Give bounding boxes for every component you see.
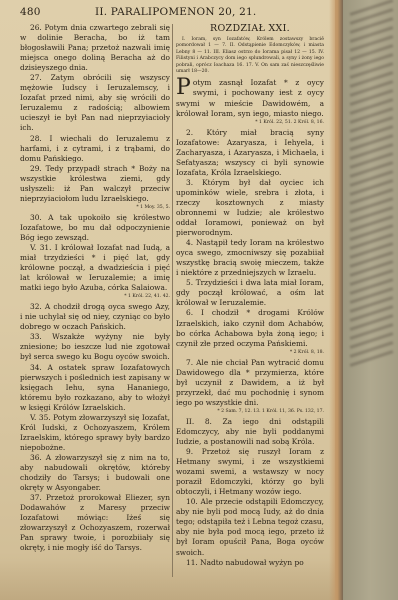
verse-28: 28. I wiechali do Ieruzalemu z harfami, …: [20, 134, 170, 164]
drop-cap: P: [176, 79, 191, 97]
left-column: 26. Potym dnia czwartego zebrali się w d…: [20, 23, 170, 553]
cross-reference: * 2 Król. 8, 18.: [176, 349, 324, 356]
right-column: ROZDZIAŁ XXI. I. Ioram, syn Iozafatów, K…: [176, 23, 324, 568]
page-number: 480: [20, 6, 41, 18]
facing-page-edge: [343, 0, 398, 600]
verse-37: 37. Przetoż prorokował Eliezer, syn Doda…: [20, 493, 170, 553]
verse-2: 2. Który miał bracią syny Iozafatowe: Az…: [176, 128, 324, 178]
verse-7: 7. Ale nie chciał Pan wytracić domu Dawi…: [176, 358, 324, 408]
running-header: 480 II. PARALIPOMENON 20, 21.: [20, 6, 320, 20]
verse-1: P otym zasnął Iozafat * z oycy swymi, i …: [176, 78, 324, 118]
verse-36: 36. A złowarzyszył się z nim na to, aby …: [20, 453, 170, 493]
cross-reference: * 2 Sam. 7, 12. 13. 1 Król. 11, 36. Ps. …: [176, 408, 324, 415]
cross-reference: * 1 Król. 22, 51. 2 Król. 8, 16.: [176, 119, 324, 126]
verse-9: 9. Przetoż się ruszył Ioram z Hetmany sw…: [176, 447, 324, 497]
verse-30: 30. A tak upokoiło się królestwo Iozafat…: [20, 213, 170, 243]
verse-10: 10. Ale przecie odstąpili Edomczycy, aby…: [176, 497, 324, 557]
page-shadow: [0, 560, 335, 600]
verse-26: 26. Potym dnia czwartego zebrali się w d…: [20, 23, 170, 73]
chapter-title: ROZDZIAŁ XXI.: [176, 23, 324, 35]
book-page: 480 II. PARALIPOMENON 20, 21. 26. Potym …: [0, 0, 335, 600]
verse-3: 3. Którym był dał oyciec ich upominków w…: [176, 178, 324, 238]
running-title: II. PARALIPOMENON 20, 21.: [95, 6, 256, 18]
cross-reference: * 1 Moy. 35, 5.: [20, 204, 170, 211]
chapter-summary: I. Ioram, syn Iozafatów, Królem zostawsz…: [176, 37, 324, 75]
verse-5: 5. Trzydzieści i dwa lata miał Ioram, gd…: [176, 278, 324, 308]
verse-8: II. 8. Za iego dni odstąpili Edomczycy, …: [176, 417, 324, 447]
verse-31: V. 31. I królował Iozafat nad Iudą, a mi…: [20, 243, 170, 293]
column-divider: [172, 24, 173, 577]
verse-6: 6. I chodził * drogami Królów Izraelskic…: [176, 308, 324, 348]
cross-reference: * 1 Król. 22, 41. 42.: [20, 293, 170, 300]
blurred-text-line: [350, 0, 394, 16]
verse-33: 33. Wszakże wyżyny nie były zniesione; b…: [20, 332, 170, 362]
verse-4: 4. Nastąpił tedy Ioram na królestwo oyca…: [176, 238, 324, 278]
verse-27: 27. Zatym obrócili się wszyscy mężowie I…: [20, 73, 170, 133]
verse-29: 29. Tedy przypadł strach * Boży na wszys…: [20, 164, 170, 204]
verse-35: V. 35. Potym złowarzyszył się Iozafat, K…: [20, 413, 170, 453]
verse-32: 32. A chodził drogą oyca swego Azy, i ni…: [20, 302, 170, 332]
verse-34: 34. A ostatek spraw Iozafatowych pierwsz…: [20, 363, 170, 413]
verse-1-text: otym zasnął Iozafat * z oycy swymi, i po…: [176, 78, 324, 117]
